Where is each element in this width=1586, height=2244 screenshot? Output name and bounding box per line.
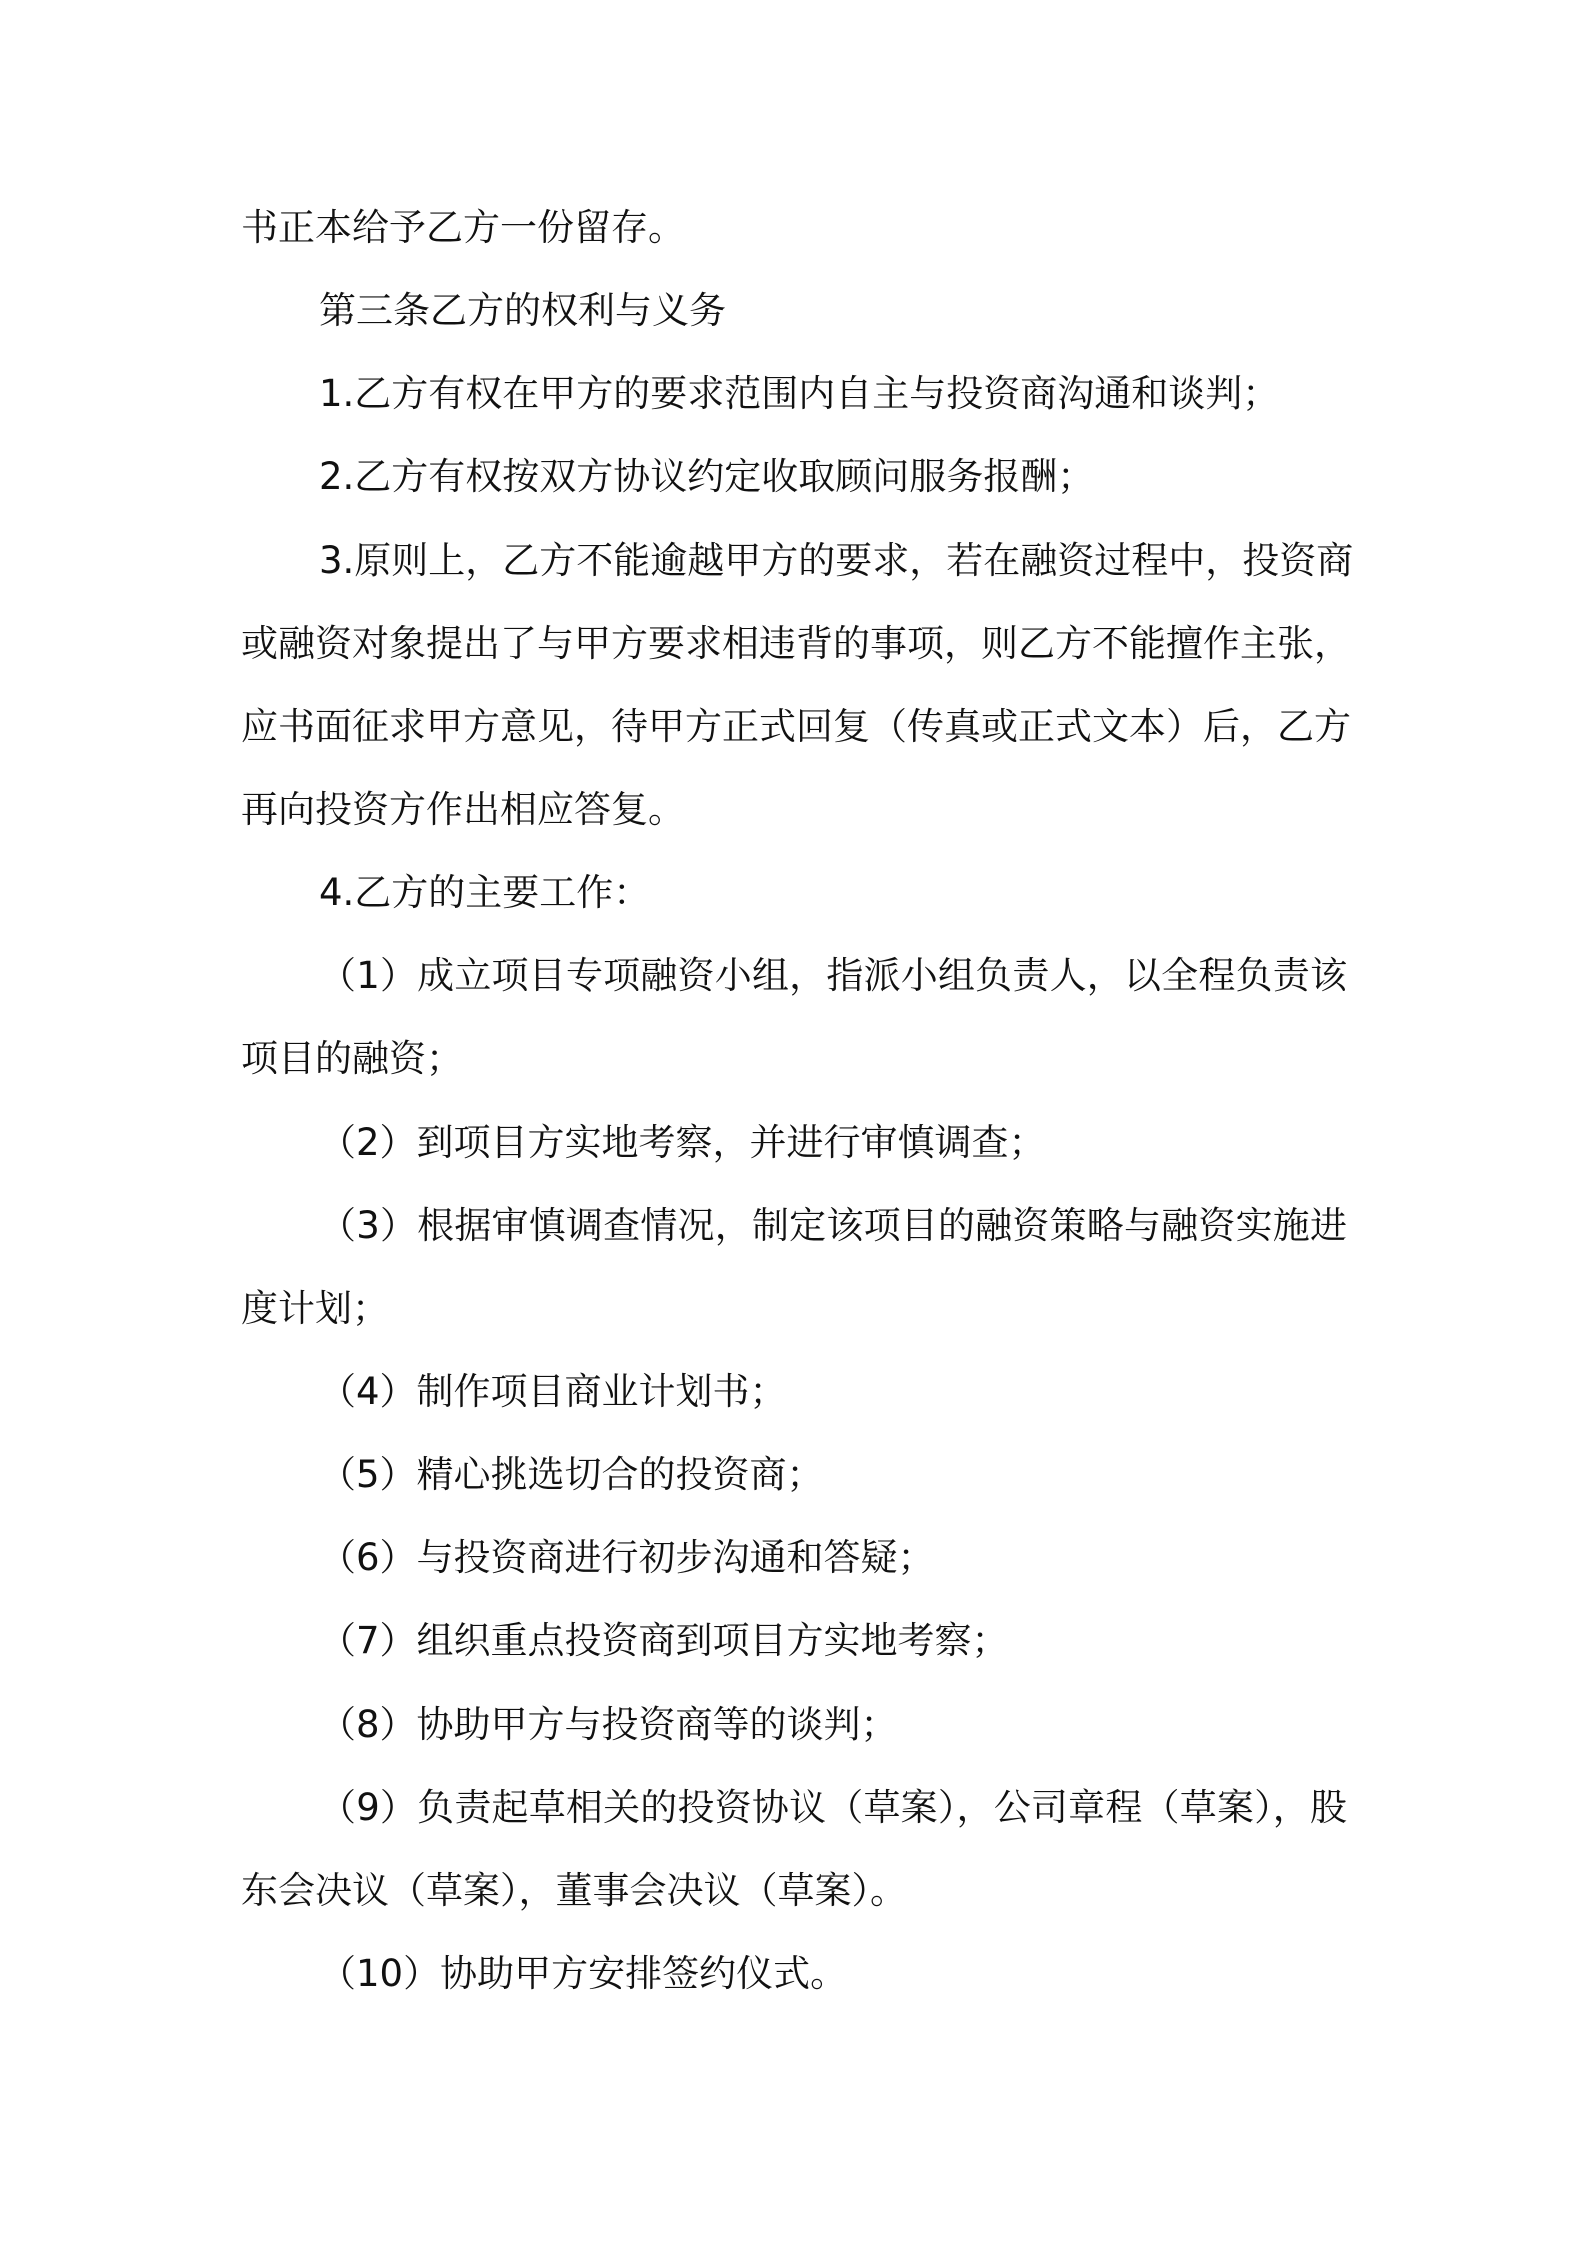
text-line: 度计划；: [241, 1267, 1347, 1350]
list-item-work-3: （3）根据审慎调查情况，制定该项目的融资策略与融资实施进 度计划；: [241, 1184, 1347, 1350]
text-line: （5）精心挑选切合的投资商；: [241, 1433, 1347, 1516]
text-line: 再向投资方作出相应答复。: [241, 768, 1347, 851]
list-item-work-6: （6）与投资商进行初步沟通和答疑；: [241, 1516, 1347, 1599]
text-line: 项目的融资；: [241, 1017, 1347, 1100]
text-line: 1.乙方有权在甲方的要求范围内自主与投资商沟通和谈判；: [241, 352, 1347, 435]
text-line: 4.乙方的主要工作：: [241, 851, 1347, 934]
text-line: 应书面征求甲方意见，待甲方正式回复（传真或正式文本）后，乙方: [241, 685, 1347, 768]
text-line: 书正本给予乙方一份留存。: [241, 186, 1347, 269]
list-item-work-9: （9）负责起草相关的投资协议（草案），公司章程（草案），股 东会决议（草案），董…: [241, 1766, 1347, 1932]
text-line: （7）组织重点投资商到项目方实地考察；: [241, 1599, 1347, 1682]
text-line: （1）成立项目专项融资小组，指派小组负责人，以全程负责该: [241, 934, 1347, 1017]
text-line: （4）制作项目商业计划书；: [241, 1350, 1347, 1433]
text-line: （6）与投资商进行初步沟通和答疑；: [241, 1516, 1347, 1599]
paragraph-item-1: 1.乙方有权在甲方的要求范围内自主与投资商沟通和谈判；: [241, 352, 1347, 435]
text-line: 2.乙方有权按双方协议约定收取顾问服务报酬；: [241, 435, 1347, 518]
heading-line: 第三条乙方的权利与义务: [241, 269, 1347, 352]
text-line: （3）根据审慎调查情况，制定该项目的融资策略与融资实施进: [241, 1184, 1347, 1267]
text-line: （8）协助甲方与投资商等的谈判；: [241, 1683, 1347, 1766]
list-item-work-2: （2）到项目方实地考察，并进行审慎调查；: [241, 1101, 1347, 1184]
text-line: 或融资对象提出了与甲方要求相违背的事项，则乙方不能擅作主张，: [241, 602, 1347, 685]
list-item-work-1: （1）成立项目专项融资小组，指派小组负责人，以全程负责该 项目的融资；: [241, 934, 1347, 1100]
paragraph-item-2: 2.乙方有权按双方协议约定收取顾问服务报酬；: [241, 435, 1347, 518]
text-line: 3.原则上，乙方不能逾越甲方的要求，若在融资过程中，投资商: [241, 519, 1347, 602]
text-line: （2）到项目方实地考察，并进行审慎调查；: [241, 1101, 1347, 1184]
list-item-work-5: （5）精心挑选切合的投资商；: [241, 1433, 1347, 1516]
article-heading: 第三条乙方的权利与义务: [241, 269, 1347, 352]
text-line: （9）负责起草相关的投资协议（草案），公司章程（草案），股: [241, 1766, 1347, 1849]
list-item-work-7: （7）组织重点投资商到项目方实地考察；: [241, 1599, 1347, 1682]
text-line: 东会决议（草案），董事会决议（草案）。: [241, 1849, 1347, 1932]
document-page: 书正本给予乙方一份留存。 第三条乙方的权利与义务 1.乙方有权在甲方的要求范围内…: [241, 186, 1347, 2015]
list-item-work-8: （8）协助甲方与投资商等的谈判；: [241, 1683, 1347, 1766]
paragraph-item-3: 3.原则上，乙方不能逾越甲方的要求，若在融资过程中，投资商 或融资对象提出了与甲…: [241, 519, 1347, 852]
text-line: （10）协助甲方安排签约仪式。: [241, 1932, 1347, 2015]
list-item-work-4: （4）制作项目商业计划书；: [241, 1350, 1347, 1433]
list-item-work-10: （10）协助甲方安排签约仪式。: [241, 1932, 1347, 2015]
paragraph-continuation: 书正本给予乙方一份留存。: [241, 186, 1347, 269]
paragraph-item-4: 4.乙方的主要工作：: [241, 851, 1347, 934]
